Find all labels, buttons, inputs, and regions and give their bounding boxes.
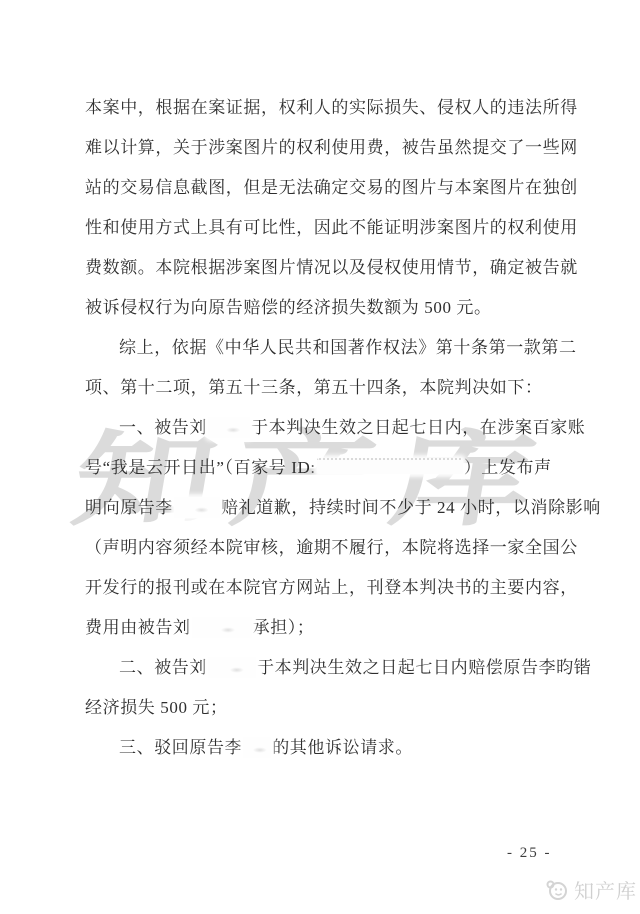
text-segment: 开发行的报刊或在本院官方网站上，刊登本判决书的主要内容， — [85, 578, 578, 597]
text-line: 号“我是云开日出”（百家号 ID:）上发布声 — [85, 448, 585, 488]
text-segment: ）上发布声 — [464, 458, 552, 477]
text-line: 站的交易信息截图，但是无法确定交易的图片与本案图片在独创 — [85, 168, 585, 208]
text-line: 被诉侵权行为向原告赔偿的经济损失数额为 500 元。 — [85, 288, 585, 328]
text-line: 三、驳回原告李的其他诉讼请求。 — [85, 728, 585, 768]
text-segment: 二、被告刘 — [119, 658, 207, 677]
text-segment: （声明内容须经本院审核，逾期不履行，本院将选择一家全国公 — [85, 538, 578, 557]
brand-logo: 知产库 — [545, 875, 637, 904]
text-line: （声明内容须经本院审核，逾期不履行，本院将选择一家全国公 — [85, 528, 585, 568]
text-segment: 于本判决生效之日起七日内，在涉案百家账 — [251, 418, 585, 437]
text-line: 费数额。本院根据涉案图片情况以及侵权使用情节，确定被告就 — [85, 248, 585, 288]
text-segment: 难以计算，关于涉案图片的权利使用费，被告虽然提交了一些网 — [85, 138, 578, 157]
text-line: 开发行的报刊或在本院官方网站上，刊登本判决书的主要内容， — [85, 568, 585, 608]
text-line: 一、被告刘于本判决生效之日起七日内，在涉案百家账 — [85, 408, 585, 448]
text-segment: 性和使用方式上具有可比性，因此不能证明涉案图片的权利使用 — [85, 218, 578, 237]
document-page: 知产库 本案中，根据在案证据，权利人的实际损失、侵权人的违法所得难以计算，关于涉… — [0, 0, 640, 914]
text-segment: 费数额。本院根据涉案图片情况以及侵权使用情节，确定被告就 — [85, 258, 578, 277]
brand-logo-text: 知产库 — [574, 875, 637, 904]
text-segment: 综上，依据《中华人民共和国著作权法》第十条第一款第二 — [119, 338, 577, 357]
text-segment: 本案中，根据在案证据，权利人的实际损失、侵权人的违法所得 — [85, 98, 578, 117]
text-segment: 项、第十二项，第五十三条，第五十四条，本院判决如下： — [85, 378, 543, 397]
redaction-box — [208, 657, 256, 678]
text-line: 项、第十二项，第五十三条，第五十四条，本院判决如下： — [85, 368, 585, 408]
text-line: 难以计算，关于涉案图片的权利使用费，被告虽然提交了一些网 — [85, 128, 585, 168]
text-line: 综上，依据《中华人民共和国著作权法》第十条第一款第二 — [85, 328, 585, 368]
text-segment: 被诉侵权行为向原告赔偿的经济损失数额为 500 元。 — [85, 298, 492, 317]
text-line: 费用由被告刘承担）； — [85, 608, 585, 648]
text-segment: 站的交易信息截图，但是无法确定交易的图片与本案图片在独创 — [85, 178, 578, 197]
text-segment: 号“我是云开日出”（百家号 ID: — [85, 458, 316, 477]
text-line: 本案中，根据在案证据，权利人的实际损失、侵权人的违法所得 — [85, 88, 585, 128]
text-segment: 经济损失 500 元； — [85, 698, 228, 717]
text-segment: 承担）； — [253, 618, 315, 637]
text-segment: 的其他诉讼请求。 — [272, 738, 413, 757]
text-segment: 赔礼道歉，持续时间不少于 24 小时，以消除影响 — [221, 498, 601, 517]
text-line: 性和使用方式上具有可比性，因此不能证明涉案图片的权利使用 — [85, 208, 585, 248]
text-segment: 明向原告李 — [85, 498, 173, 517]
redaction-box — [192, 617, 252, 638]
panda-mascot-icon — [545, 878, 569, 902]
redaction-box — [208, 417, 250, 438]
text-segment: 一、被告刘 — [119, 418, 207, 437]
redaction-box — [243, 737, 271, 758]
text-segment: 费用由被告刘 — [85, 618, 191, 637]
text-line: 二、被告刘于本判决生效之日起七日内赔偿原告李昀锴 — [85, 648, 585, 688]
redaction-box — [174, 497, 220, 518]
text-line: 明向原告李赔礼道歉，持续时间不少于 24 小时，以消除影响 — [85, 488, 585, 528]
text-segment: 于本判决生效之日起七日内赔偿原告李昀锴 — [257, 658, 591, 677]
text-segment: 三、驳回原告李 — [119, 738, 242, 757]
document-body: 本案中，根据在案证据，权利人的实际损失、侵权人的违法所得难以计算，关于涉案图片的… — [85, 88, 585, 768]
redaction-box — [317, 458, 463, 474]
page-number: - 25 - — [507, 845, 552, 862]
text-line: 经济损失 500 元； — [85, 688, 585, 728]
